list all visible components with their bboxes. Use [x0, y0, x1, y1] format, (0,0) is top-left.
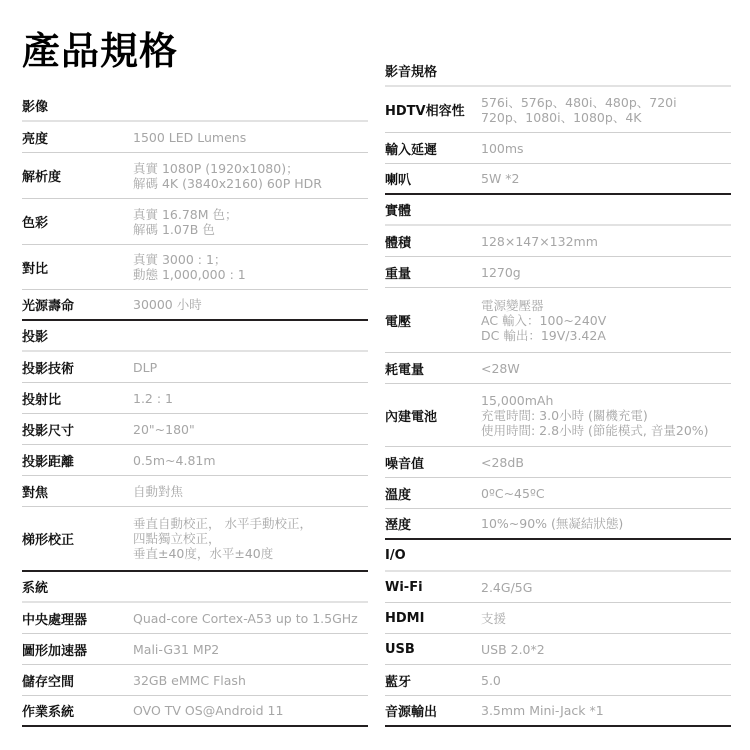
- spec-value: 0ºC~45ºC: [481, 486, 545, 501]
- spec-row: 投影技術DLP: [22, 352, 368, 383]
- spec-label: 藍牙: [385, 671, 481, 690]
- spec-label: 對比: [22, 258, 133, 277]
- spec-label: 溼度: [385, 514, 481, 533]
- spec-value-line: 垂直自動校正， 水平手動校正，: [133, 516, 312, 531]
- spec-row: 作業系統OVO TV OS@Android 11: [22, 696, 368, 727]
- spec-label: 色彩: [22, 212, 133, 231]
- spec-value: 5.0: [481, 673, 501, 688]
- spec-value: <28dB: [481, 455, 524, 470]
- spec-value-line: 15,000mAh: [481, 393, 709, 408]
- spec-row: HDTV相容性576i、576p、480i、480p、720i720p、1080…: [385, 87, 731, 133]
- spec-label: 音源輸出: [385, 701, 481, 720]
- spec-row: 對焦自動對焦: [22, 476, 368, 507]
- spec-value-line: 720p、1080i、1080p、4K: [481, 110, 677, 125]
- spec-value-line: 128×147×132mm: [481, 234, 598, 249]
- spec-value: 20"~180": [133, 422, 195, 437]
- spec-value-line: 1.2 : 1: [133, 391, 173, 406]
- spec-value: 5W *2: [481, 171, 520, 186]
- spec-value: 支援: [481, 611, 506, 626]
- spec-value-line: <28dB: [481, 455, 524, 470]
- spec-value: 30000 小時: [133, 297, 202, 312]
- spec-row: USBUSB 2.0*2: [385, 634, 731, 665]
- spec-label: 儲存空間: [22, 671, 133, 690]
- spec-value: 真實 16.78M 色；解碼 1.07B 色: [133, 207, 238, 237]
- spec-column-right: 影音規格HDTV相容性576i、576p、480i、480p、720i720p、…: [385, 55, 731, 727]
- spec-row: 亮度1500 LED Lumens: [22, 122, 368, 153]
- spec-column-left: 影像亮度1500 LED Lumens解析度真實 1080P (1920x108…: [22, 90, 368, 727]
- spec-section-header: 投影: [22, 321, 368, 352]
- spec-value-line: 20"~180": [133, 422, 195, 437]
- spec-value: 1270g: [481, 265, 521, 280]
- spec-label: 投射比: [22, 389, 133, 408]
- spec-value: 真實 3000 : 1；動態 1,000,000 : 1: [133, 252, 246, 282]
- spec-value-line: 10%~90% (無凝結狀態): [481, 516, 623, 531]
- spec-value-line: 0.5m~4.81m: [133, 453, 216, 468]
- spec-value-line: 電源變壓器: [481, 298, 606, 313]
- spec-value: 自動對焦: [133, 484, 183, 499]
- spec-value-line: 解碼 1.07B 色: [133, 222, 238, 237]
- spec-row: 光源壽命30000 小時: [22, 290, 368, 321]
- spec-value: DLP: [133, 360, 157, 375]
- spec-value: 576i、576p、480i、480p、720i720p、1080i、1080p…: [481, 95, 677, 125]
- section-title: 影像: [22, 96, 133, 115]
- spec-value-line: DLP: [133, 360, 157, 375]
- spec-row: 輸入延遲100ms: [385, 133, 731, 164]
- spec-label: USB: [385, 642, 481, 657]
- spec-row: 內建電池15,000mAh充電時間: 3.0小時 (關機充電)使用時間: 2.8…: [385, 384, 731, 447]
- spec-value-line: 真實 16.78M 色；: [133, 207, 238, 222]
- spec-value-line: 30000 小時: [133, 297, 202, 312]
- spec-row: 體積128×147×132mm: [385, 226, 731, 257]
- spec-row: 對比真實 3000 : 1；動態 1,000,000 : 1: [22, 245, 368, 290]
- spec-label: 投影尺寸: [22, 420, 133, 439]
- spec-value-line: 四點獨立校正，: [133, 531, 312, 546]
- spec-value: 電源變壓器AC 輸入：100~240VDC 輸出：19V/3.42A: [481, 298, 606, 343]
- spec-value-line: 自動對焦: [133, 484, 183, 499]
- spec-value-line: <28W: [481, 361, 520, 376]
- spec-row: 中央處理器Quad-core Cortex-A53 up to 1.5GHz: [22, 603, 368, 634]
- section-title: 系統: [22, 577, 133, 596]
- spec-value-line: 解碼 4K (3840x2160) 60P HDR: [133, 176, 322, 191]
- spec-value-line: 5W *2: [481, 171, 520, 186]
- spec-value-line: 垂直±40度，水平±40度: [133, 546, 312, 561]
- spec-label: 亮度: [22, 128, 133, 147]
- spec-value-line: AC 輸入：100~240V: [481, 313, 606, 328]
- spec-label: 解析度: [22, 166, 133, 185]
- spec-value-line: 5.0: [481, 673, 501, 688]
- spec-label: 噪音值: [385, 453, 481, 472]
- spec-row: 解析度真實 1080P (1920x1080)；解碼 4K (3840x2160…: [22, 153, 368, 199]
- section-title: 實體: [385, 200, 481, 219]
- spec-row: 圖形加速器Mali-G31 MP2: [22, 634, 368, 665]
- spec-label: Wi-Fi: [385, 580, 481, 595]
- spec-value-line: 3.5mm Mini-Jack *1: [481, 703, 604, 718]
- spec-value-line: 100ms: [481, 141, 524, 156]
- spec-value: 32GB eMMC Flash: [133, 673, 246, 688]
- spec-label: HDMI: [385, 611, 481, 626]
- section-title: 影音規格: [385, 61, 481, 80]
- spec-value: 1500 LED Lumens: [133, 130, 246, 145]
- spec-value-line: OVO TV OS@Android 11: [133, 703, 283, 718]
- spec-label: 輸入延遲: [385, 139, 481, 158]
- spec-value-line: 2.4G/5G: [481, 580, 532, 595]
- spec-value-line: 1500 LED Lumens: [133, 130, 246, 145]
- spec-label: 圖形加速器: [22, 640, 133, 659]
- spec-value-line: Mali-G31 MP2: [133, 642, 219, 657]
- section-title: 投影: [22, 326, 133, 345]
- section-title: I/O: [385, 548, 481, 563]
- spec-section-header: I/O: [385, 540, 731, 572]
- spec-row: 投射比1.2 : 1: [22, 383, 368, 414]
- spec-label: 電壓: [385, 311, 481, 330]
- spec-label: 梯形校正: [22, 529, 133, 548]
- spec-section-header: 影像: [22, 90, 368, 122]
- spec-value-line: 576i、576p、480i、480p、720i: [481, 95, 677, 110]
- spec-row: 色彩真實 16.78M 色；解碼 1.07B 色: [22, 199, 368, 245]
- spec-value-line: 32GB eMMC Flash: [133, 673, 246, 688]
- page-title: 產品規格: [22, 28, 178, 74]
- spec-value: 0.5m~4.81m: [133, 453, 216, 468]
- spec-label: 喇叭: [385, 169, 481, 188]
- spec-row: 溫度0ºC~45ºC: [385, 478, 731, 509]
- spec-value-line: 動態 1,000,000 : 1: [133, 267, 246, 282]
- spec-row: 梯形校正垂直自動校正， 水平手動校正，四點獨立校正，垂直±40度，水平±40度: [22, 507, 368, 572]
- spec-label: 中央處理器: [22, 609, 133, 628]
- spec-row: 重量1270g: [385, 257, 731, 288]
- spec-section-header: 系統: [22, 572, 368, 603]
- spec-row: 投影尺寸20"~180": [22, 414, 368, 445]
- spec-row: HDMI支援: [385, 603, 731, 634]
- spec-value-line: DC 輸出：19V/3.42A: [481, 328, 606, 343]
- spec-value: 真實 1080P (1920x1080)；解碼 4K (3840x2160) 6…: [133, 161, 322, 191]
- spec-value: OVO TV OS@Android 11: [133, 703, 283, 718]
- spec-label: 作業系統: [22, 701, 133, 720]
- spec-label: 耗電量: [385, 359, 481, 378]
- spec-row: 藍牙5.0: [385, 665, 731, 696]
- spec-row: 耗電量<28W: [385, 353, 731, 384]
- spec-value-line: Quad-core Cortex-A53 up to 1.5GHz: [133, 611, 358, 626]
- spec-value: 15,000mAh充電時間: 3.0小時 (關機充電)使用時間: 2.8小時 (…: [481, 393, 709, 438]
- spec-value: 128×147×132mm: [481, 234, 598, 249]
- spec-value-line: 真實 1080P (1920x1080)；: [133, 161, 322, 176]
- spec-section-header: 實體: [385, 195, 731, 226]
- spec-value: 100ms: [481, 141, 524, 156]
- spec-row: 儲存空間32GB eMMC Flash: [22, 665, 368, 696]
- spec-value: Quad-core Cortex-A53 up to 1.5GHz: [133, 611, 358, 626]
- spec-row: Wi-Fi2.4G/5G: [385, 572, 731, 603]
- spec-value: 垂直自動校正， 水平手動校正，四點獨立校正，垂直±40度，水平±40度: [133, 516, 312, 561]
- spec-value: Mali-G31 MP2: [133, 642, 219, 657]
- spec-value-line: 使用時間: 2.8小時 (節能模式, 音量20%): [481, 423, 709, 438]
- spec-section-header: 影音規格: [385, 55, 731, 87]
- spec-row: 喇叭5W *2: [385, 164, 731, 195]
- spec-label: HDTV相容性: [385, 100, 481, 119]
- spec-value: 3.5mm Mini-Jack *1: [481, 703, 604, 718]
- spec-value-line: 0ºC~45ºC: [481, 486, 545, 501]
- spec-label: 對焦: [22, 482, 133, 501]
- spec-value: 10%~90% (無凝結狀態): [481, 516, 623, 531]
- spec-value: <28W: [481, 361, 520, 376]
- spec-row: 噪音值<28dB: [385, 447, 731, 478]
- spec-label: 體積: [385, 232, 481, 251]
- spec-label: 內建電池: [385, 406, 481, 425]
- spec-value: 2.4G/5G: [481, 580, 532, 595]
- spec-label: 投影距離: [22, 451, 133, 470]
- spec-value-line: 1270g: [481, 265, 521, 280]
- spec-label: 溫度: [385, 484, 481, 503]
- spec-label: 投影技術: [22, 358, 133, 377]
- spec-row: 電壓電源變壓器AC 輸入：100~240VDC 輸出：19V/3.42A: [385, 288, 731, 353]
- spec-row: 音源輸出3.5mm Mini-Jack *1: [385, 696, 731, 727]
- spec-value: 1.2 : 1: [133, 391, 173, 406]
- spec-label: 光源壽命: [22, 295, 133, 314]
- spec-label: 重量: [385, 263, 481, 282]
- spec-row: 溼度10%~90% (無凝結狀態): [385, 509, 731, 540]
- spec-value-line: 真實 3000 : 1；: [133, 252, 246, 267]
- spec-row: 投影距離0.5m~4.81m: [22, 445, 368, 476]
- spec-value: USB 2.0*2: [481, 642, 545, 657]
- spec-value-line: 支援: [481, 611, 506, 626]
- spec-value-line: USB 2.0*2: [481, 642, 545, 657]
- spec-value-line: 充電時間: 3.0小時 (關機充電): [481, 408, 709, 423]
